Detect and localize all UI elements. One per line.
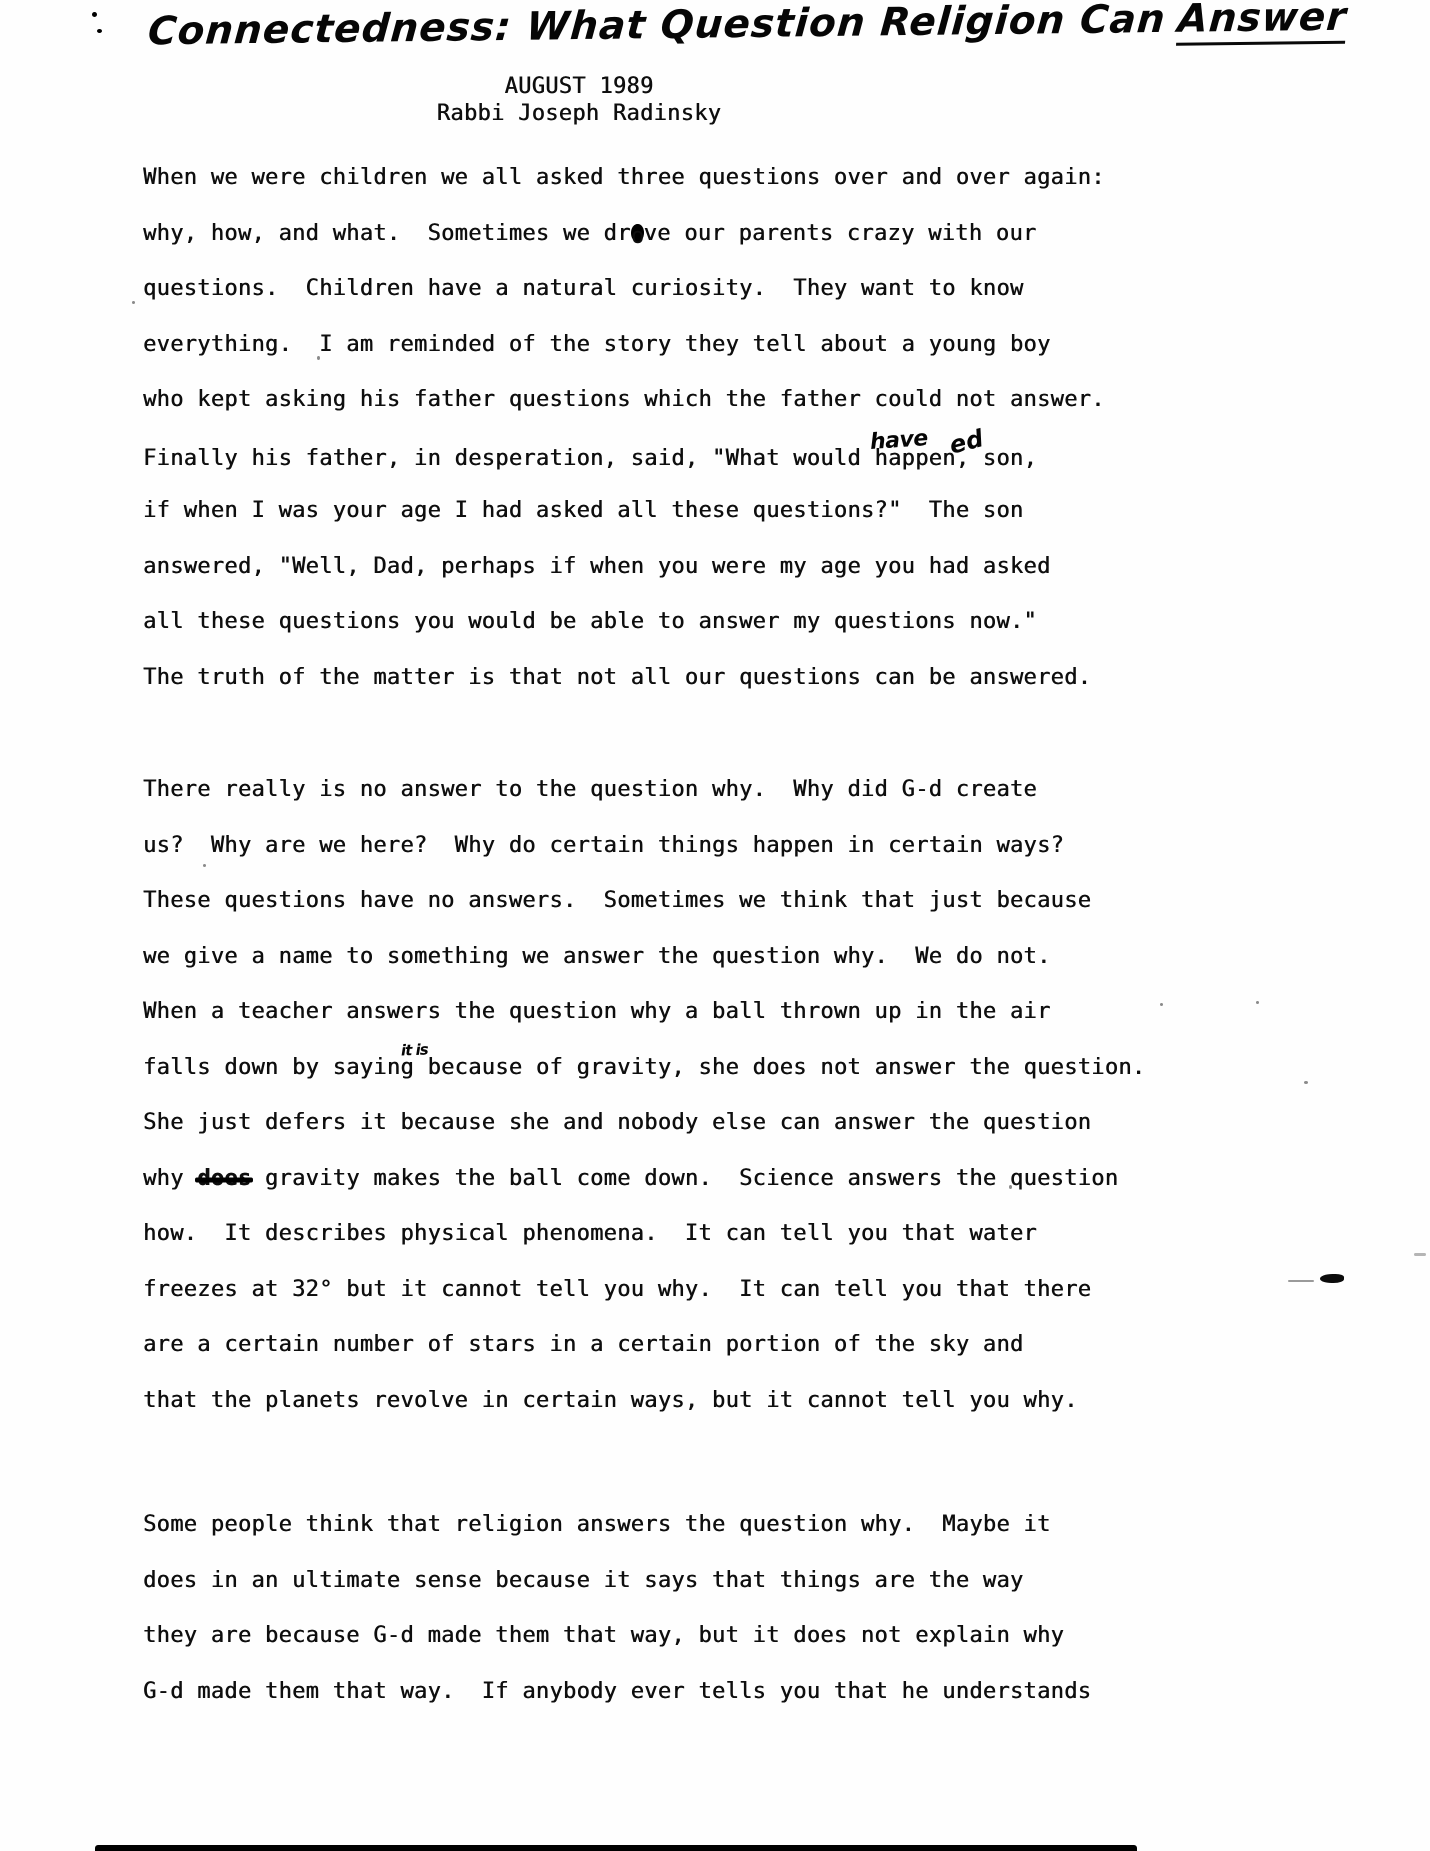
text-line: She just defers it because she and nobod… <box>143 1110 1091 1135</box>
text-line: they are because G-d made them that way,… <box>143 1623 1064 1648</box>
annotated-word: sayingit is <box>333 1055 414 1080</box>
text-line: When a teacher answers the question why … <box>143 999 1051 1024</box>
handwritten-title-main: Connectedness: What Question Religion Ca… <box>146 0 1167 54</box>
text-line: if when I was your age I had asked all t… <box>143 498 1023 523</box>
text-line: us? Why are we here? Why do certain thin… <box>143 833 1064 858</box>
text-line: how. It describes physical phenomena. It… <box>143 1221 1037 1246</box>
scan-artifact-blob <box>1320 1274 1344 1283</box>
ink-speck <box>97 29 102 33</box>
text-line: The truth of the matter is that not all … <box>143 665 1091 690</box>
ink-blot: o <box>631 224 644 242</box>
text-line: why does gravity makes the ball come dow… <box>143 1166 1118 1191</box>
text-line: freezes at 32° but it cannot tell you wh… <box>143 1277 1091 1302</box>
text-line: that the planets revolve in certain ways… <box>143 1388 1078 1413</box>
text-line: does in an ultimate sense because it say… <box>143 1568 1023 1593</box>
text-line: Some people think that religion answers … <box>143 1512 1051 1537</box>
handwritten-title-underlined: Answer <box>1176 0 1349 46</box>
scan-edge-bar <box>95 1845 1137 1851</box>
document-page: Connectedness: What Question Religion Ca… <box>0 0 1430 1851</box>
scan-speck <box>1256 1001 1259 1004</box>
text-line: are a certain number of stars in a certa… <box>143 1332 1023 1357</box>
ink-speck <box>92 12 97 17</box>
handwritten-note: it is <box>401 1041 428 1060</box>
text-line: all these questions you would be able to… <box>143 609 1037 634</box>
text-line: G-d made them that way. If anybody ever … <box>143 1679 1091 1704</box>
text-line: why, how, and what. Sometimes we drove o… <box>143 221 1036 246</box>
text-line: Finally his father, in desperation, said… <box>143 443 1037 471</box>
text-line: who kept asking his father questions whi… <box>143 387 1105 412</box>
text-line: There really is no answer to the questio… <box>143 777 1037 802</box>
scan-artifact-tail <box>1288 1280 1314 1282</box>
scan-speck <box>1160 1003 1163 1006</box>
text-line: falls down by sayingit is because of gra… <box>143 1055 1145 1080</box>
handwritten-note: have <box>870 426 929 455</box>
text-line: answered, "Well, Dad, perhaps if when yo… <box>143 554 1051 579</box>
scan-speck <box>203 864 206 867</box>
scan-speck <box>1304 1081 1308 1084</box>
annotated-word: happenhave <box>874 446 955 471</box>
text-line: These questions have no answers. Sometim… <box>143 888 1091 913</box>
text-line: questions. Children have a natural curio… <box>143 276 1023 301</box>
text-line: When we were children we all asked three… <box>143 165 1105 190</box>
scan-speck <box>132 301 135 304</box>
text-line: we give a name to something we answer th… <box>143 944 1051 969</box>
text-line: everything. I am reminded of the story t… <box>143 332 1051 357</box>
handwritten-title: Connectedness: What Question Religion Ca… <box>146 0 1348 54</box>
author-line: Rabbi Joseph Radinsky <box>143 101 1015 126</box>
scan-speck <box>1414 1253 1426 1256</box>
date-line: AUGUST 1989 <box>143 74 1015 99</box>
struck-word: does <box>197 1166 251 1191</box>
